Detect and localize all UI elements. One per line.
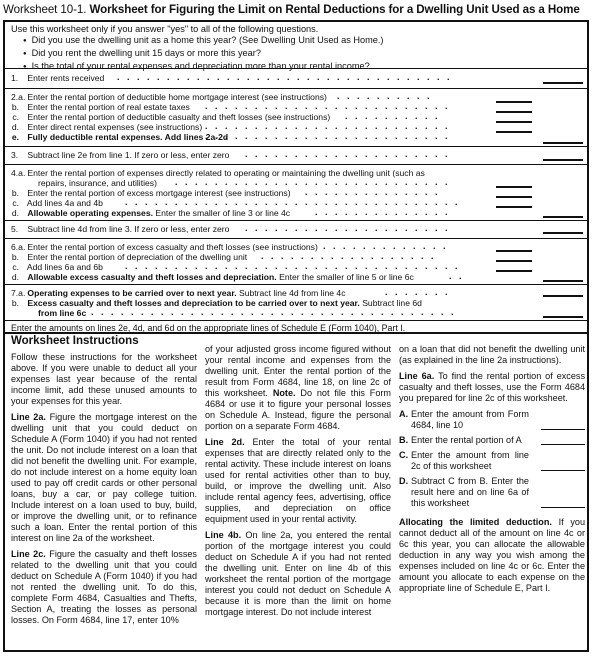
question-1: Did you use the dwelling unit as a home …	[23, 35, 581, 48]
instructions-col-2: of your adjusted gross income figured wi…	[205, 344, 391, 623]
answer-line-2a[interactable]	[496, 101, 532, 103]
leader-dots: .........................	[205, 131, 467, 141]
step-a: A.Enter the amount from Form 4684, line …	[399, 409, 585, 431]
step-text: Enter the rental portion of A	[411, 435, 522, 445]
line-2c-instructions: Line 2c. Figure the casualty and theft l…	[11, 549, 197, 626]
step-text: Enter the amount from line 2c of this wo…	[411, 450, 529, 471]
worksheet-frame: Use this worksheet only if you answer "y…	[3, 20, 589, 652]
line-num: b.	[11, 188, 25, 198]
leader-dots: ..................................	[117, 72, 467, 82]
line-text: Enter rents received	[27, 73, 104, 83]
line-4b-instructions: Line 4b. On line 2a, you entered the ren…	[205, 530, 391, 618]
line-text: Subtract line 2e from line 1. If zero or…	[27, 150, 229, 160]
line-6d: d. Allowable excess casualty and theft l…	[11, 272, 414, 282]
divider	[5, 332, 587, 334]
step-text: Enter the amount from Form 4684, line 10	[411, 409, 529, 430]
answer-line-5[interactable]	[543, 232, 583, 234]
answer-line-2c[interactable]	[496, 121, 532, 123]
step-label: B.	[399, 435, 408, 446]
instr-label: Line 2c.	[11, 549, 46, 559]
line-num: d.	[11, 208, 25, 218]
line-2d: d. Enter direct rental expenses (see ins…	[11, 122, 202, 132]
line-num: c.	[11, 262, 25, 272]
instructions-col-1: Follow these instructions for the worksh…	[11, 352, 197, 631]
line-num: 1.	[11, 73, 25, 83]
instr-text: On line 2a, you entered the rental porti…	[205, 530, 391, 617]
line-num: d.	[11, 272, 25, 282]
line-text: Enter the smaller of line 3 or line 4c	[155, 208, 290, 218]
divider	[5, 146, 587, 147]
step-d: D.Subtract C from B. Enter the result he…	[399, 476, 585, 509]
leader-dots: .............	[323, 241, 467, 251]
leader-dots: ..........	[337, 91, 467, 101]
line-7b-cont: from line 6c	[38, 308, 86, 318]
line-num: 5.	[11, 224, 25, 234]
leader-dots: .....................	[245, 223, 467, 233]
instr-label: Line 2d.	[205, 437, 245, 447]
instructions-col-3: on a loan that did not benefit the dwell…	[399, 344, 585, 599]
instructions-intro: Follow these instructions for the worksh…	[11, 352, 197, 407]
line-2a-instructions: Line 2a. Figure the mortgage interest on…	[11, 412, 197, 544]
line-text: Add lines 4a and 4b	[27, 198, 103, 208]
answer-line-4b[interactable]	[496, 196, 532, 198]
allocating-instructions: Allocating the limited deduction. If you…	[399, 517, 585, 594]
answer-line-step-b[interactable]	[541, 444, 585, 446]
line-num: 6.a.	[11, 242, 25, 252]
question-2: Did you rent the dwelling unit 15 days o…	[23, 48, 581, 61]
instr-label: Allocating the limited deduction.	[399, 517, 552, 527]
divider	[5, 88, 587, 89]
answer-line-6d[interactable]	[543, 280, 583, 282]
line-num: 7.a.	[11, 288, 25, 298]
line-num: c.	[11, 112, 25, 122]
divider	[5, 284, 587, 285]
line-text: Subtract line 4d from line 3. If zero or…	[27, 224, 229, 234]
step-c: C.Enter the amount from line 2c of this …	[399, 450, 585, 472]
divider	[5, 238, 587, 239]
line-text: Enter the rental portion of real estate …	[27, 102, 189, 112]
instr-text: Figure the casualty and theft losses rel…	[11, 549, 197, 625]
instr-label: Line 4b.	[205, 530, 241, 540]
line-bold: Allowable excess casualty and theft loss…	[27, 272, 276, 282]
leader-dots: ..................	[261, 251, 467, 261]
line-3: 3. Subtract line 2e from line 1. If zero…	[11, 150, 229, 160]
line-text: Subtract line 4d from line 4c	[239, 288, 346, 298]
step-text: Subtract C from B. Enter the result here…	[411, 476, 529, 508]
worksheet-number: Worksheet 10-1.	[3, 3, 86, 16]
step-label: D.	[399, 476, 408, 487]
line-2d-instructions: Line 2d. Enter the total of your rental …	[205, 437, 391, 525]
line-num: c.	[11, 198, 25, 208]
answer-line-2d[interactable]	[496, 131, 532, 133]
instr-text: Figure the mortgage interest on the dwel…	[11, 412, 197, 543]
eligibility-questions: Use this worksheet only if you answer "y…	[5, 22, 587, 69]
instr-text: If you cannot deduct all of the amount o…	[399, 517, 585, 593]
line-4d: d. Allowable operating expenses. Enter t…	[11, 208, 290, 218]
leader-dots: ..	[449, 271, 469, 281]
leader-dots: ..................................	[125, 197, 467, 207]
line-text: Fully deductible rental expenses. Add li…	[27, 132, 228, 142]
line-2b: b. Enter the rental portion of real esta…	[11, 102, 190, 112]
instr-label: Line 6a.	[399, 371, 434, 381]
line-num: 3.	[11, 150, 25, 160]
answer-line-4a[interactable]	[496, 186, 532, 188]
answer-line-6c[interactable]	[496, 270, 532, 272]
answer-line-7a[interactable]	[543, 295, 583, 297]
answer-line-4c[interactable]	[496, 206, 532, 208]
answer-line-1[interactable]	[543, 82, 583, 84]
line-bold: Operating expenses to be carried over to…	[27, 288, 236, 298]
line-1: 1. Enter rents received	[11, 73, 104, 83]
line-2e: e. Fully deductible rental expenses. Add…	[11, 132, 228, 142]
leader-dots: ..........	[345, 111, 467, 121]
leader-dots: ..................................	[125, 261, 467, 271]
divider	[5, 220, 587, 221]
divider	[5, 164, 587, 165]
line-num: b.	[11, 298, 25, 308]
line-text: Add lines 6a and 6b	[27, 262, 103, 272]
leader-dots: .....................	[245, 149, 467, 159]
line-num: b.	[11, 252, 25, 262]
step-label: A.	[399, 409, 408, 420]
answer-line-2b[interactable]	[496, 111, 532, 113]
worksheet-title: Worksheet 10-1. Worksheet for Figuring t…	[3, 3, 580, 16]
answer-line-4d[interactable]	[543, 216, 583, 218]
step-b: B.Enter the rental portion of A	[399, 435, 585, 446]
answer-line-step-a[interactable]	[541, 429, 585, 431]
line-num: 4.a.	[11, 168, 25, 178]
answer-line-6a[interactable]	[496, 250, 532, 252]
answer-line-7b[interactable]	[543, 316, 583, 318]
note-label: Note.	[273, 388, 296, 398]
instr-label: Line 2a.	[11, 412, 46, 422]
leader-dots: .........................	[205, 121, 467, 131]
line-num: b.	[11, 102, 25, 112]
step-label: C.	[399, 450, 408, 461]
line-text: Enter direct rental expenses (see instru…	[27, 122, 202, 132]
line-6c: c. Add lines 6a and 6b	[11, 262, 103, 272]
line-num: 2.a.	[11, 92, 25, 102]
line-5: 5. Subtract line 4d from line 3. If zero…	[11, 224, 229, 234]
answer-line-2e[interactable]	[543, 142, 583, 144]
worksheet-heading: Worksheet for Figuring the Limit on Rent…	[89, 3, 579, 16]
leader-dots: ..............	[305, 187, 467, 197]
line-4b-continued: on a loan that did not benefit the dwell…	[399, 344, 585, 366]
leader-dots: .........................	[205, 101, 467, 111]
leader-dots: ............................	[175, 177, 467, 187]
line-4a-cont: repairs, insurance, and utilities)	[38, 178, 157, 188]
line-bold: Allowable operating expenses.	[27, 208, 153, 218]
leader-dots: .......	[385, 287, 467, 297]
instr-text: Enter the total of your rental expenses …	[205, 437, 391, 524]
intro-lead: Use this worksheet only if you answer "y…	[11, 24, 581, 35]
line-num: e.	[11, 132, 25, 142]
answer-line-3[interactable]	[543, 159, 583, 161]
line-num: d.	[11, 122, 25, 132]
leader-dots: ..............	[315, 207, 467, 217]
answer-line-step-c[interactable]	[541, 470, 585, 472]
line-4c: c. Add lines 4a and 4b	[11, 198, 103, 208]
line-6a-instructions: Line 6a. To find the rental portion of e…	[399, 371, 585, 404]
line-text: Enter the smaller of line 5 or line 6c	[279, 272, 414, 282]
instructions-title: Worksheet Instructions	[11, 335, 139, 347]
line-6a-steps: A.Enter the amount from Form 4684, line …	[399, 409, 585, 509]
leader-dots: .....................................	[91, 307, 467, 317]
divider	[5, 320, 587, 321]
answer-line-step-d[interactable]	[541, 507, 585, 509]
line-7a: 7.a. Operating expenses to be carried ov…	[11, 288, 346, 298]
line-2c-continued: of your adjusted gross income figured wi…	[205, 344, 391, 432]
answer-line-6b[interactable]	[496, 260, 532, 262]
